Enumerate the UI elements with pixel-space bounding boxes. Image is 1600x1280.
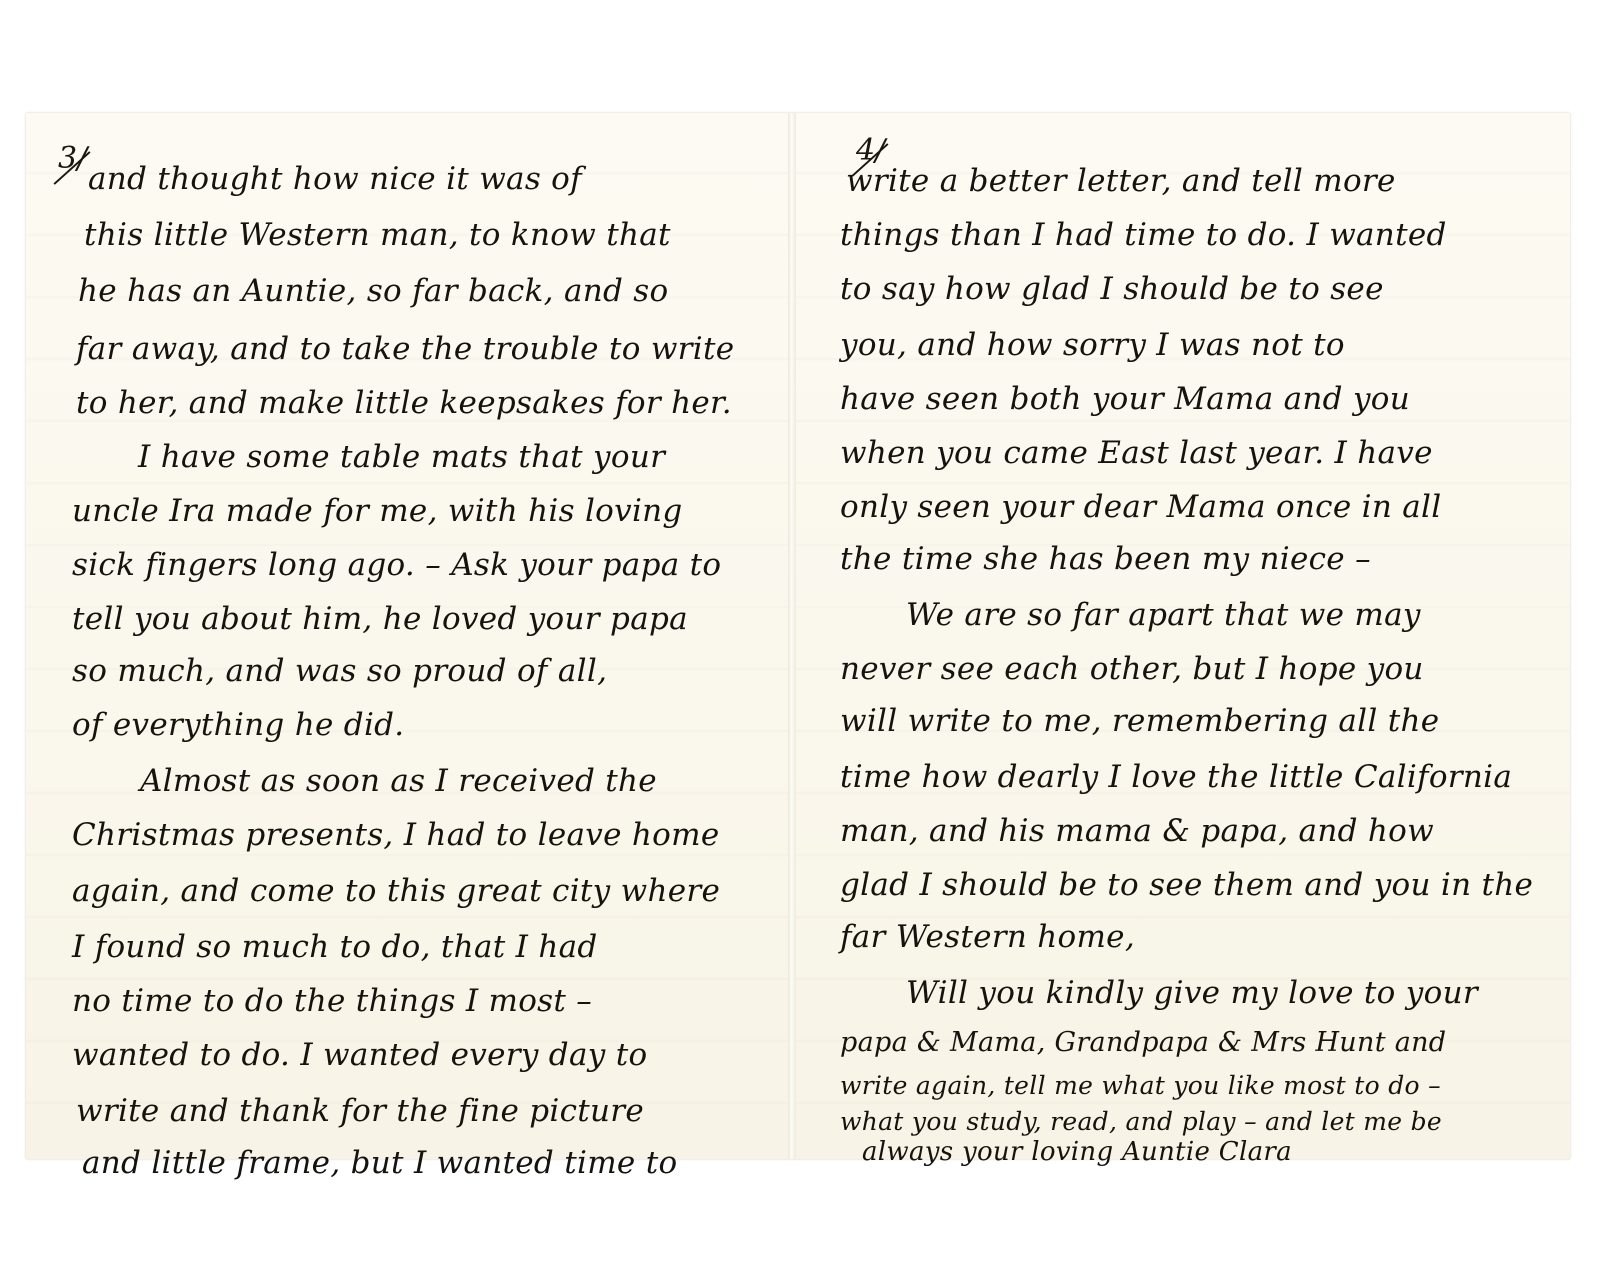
text-line: man, and his mama & papa, and how	[840, 813, 1434, 849]
page-4-text: write a better letter, and tell more thi…	[796, 113, 1570, 1159]
text-line: We are so far apart that we may	[906, 597, 1421, 633]
text-line: write and thank for the fine picture	[76, 1093, 644, 1129]
text-line: and little frame, but I wanted time to	[82, 1145, 677, 1181]
text-line: this little Western man, to know that	[84, 217, 671, 253]
text-line: have seen both your Mama and you	[840, 381, 1410, 417]
text-line: tell you about him, he loved your papa	[72, 601, 688, 637]
text-line: will write to me, remembering all the	[840, 703, 1439, 739]
text-line: he has an Auntie, so far back, and so	[78, 273, 668, 309]
text-line: to say how glad I should be to see	[840, 271, 1384, 307]
text-line: when you came East last year. I have	[840, 435, 1433, 471]
text-line: far away, and to take the trouble to wri…	[76, 331, 734, 367]
text-line: never see each other, but I hope you	[840, 651, 1424, 687]
text-line: sick fingers long ago. – Ask your papa t…	[72, 547, 721, 583]
page-3-text: and thought how nice it was of this litt…	[26, 113, 788, 1159]
text-line: wanted to do. I wanted every day to	[72, 1037, 647, 1073]
text-line: Christmas presents, I had to leave home	[72, 817, 719, 853]
text-line: I found so much to do, that I had	[72, 929, 598, 965]
page-fold	[788, 113, 796, 1159]
letter-scan: 3/ and thought how nice it was of this l…	[26, 113, 1570, 1159]
text-line: and thought how nice it was of	[88, 161, 582, 197]
text-line: uncle Ira made for me, with his loving	[72, 493, 683, 529]
text-line: what you study, read, and play – and let…	[840, 1107, 1442, 1136]
text-line: far Western home,	[840, 919, 1135, 955]
text-line: glad I should be to see them and you in …	[840, 867, 1533, 903]
text-line: you, and how sorry I was not to	[840, 327, 1345, 363]
text-line: Almost as soon as I received the	[140, 763, 657, 799]
text-line: write a better letter, and tell more	[846, 163, 1396, 199]
text-line: time how dearly I love the little Califo…	[840, 759, 1512, 795]
text-line: the time she has been my niece –	[840, 541, 1371, 577]
text-line: so much, and was so proud of all,	[72, 653, 607, 689]
text-line: Will you kindly give my love to your	[906, 975, 1478, 1011]
text-line: papa & Mama, Grandpapa & Mrs Hunt and	[840, 1027, 1446, 1058]
signature-line: always your loving Auntie Clara	[862, 1137, 1292, 1167]
text-line: write again, tell me what you like most …	[840, 1071, 1441, 1100]
letter-page-4: 4/ write a better letter, and tell more …	[796, 113, 1570, 1159]
text-line: only seen your dear Mama once in all	[840, 489, 1441, 525]
text-line: no time to do the things I most –	[72, 983, 592, 1019]
letter-page-3: 3/ and thought how nice it was of this l…	[26, 113, 788, 1159]
text-line: to her, and make little keepsakes for he…	[76, 385, 732, 421]
text-line: again, and come to this great city where	[72, 873, 720, 909]
text-line: I have some table mats that your	[138, 439, 665, 475]
text-line: things than I had time to do. I wanted	[840, 217, 1447, 253]
text-line: of everything he did.	[72, 707, 404, 743]
